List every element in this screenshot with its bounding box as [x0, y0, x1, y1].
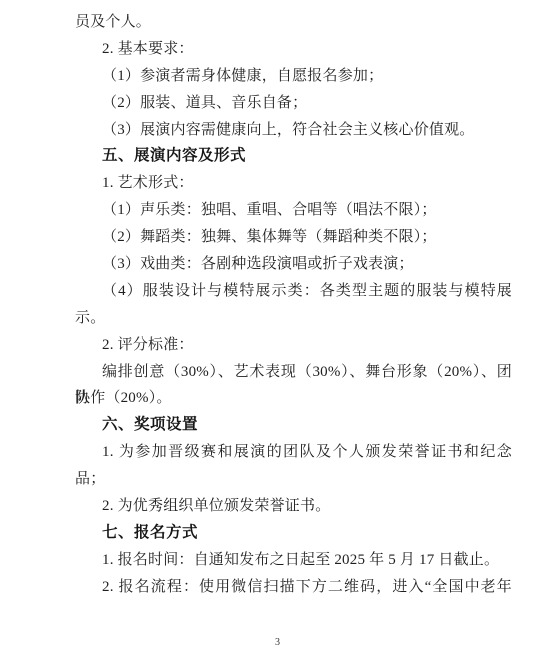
heading-section-6: 六、奖项设置 — [75, 412, 512, 439]
doc-line: 1. 报名时间：自通知发布之日起至 2025 年 5 月 17 日截止。 — [75, 547, 512, 574]
heading-section-5: 五、展演内容及形式 — [75, 143, 512, 170]
doc-line: 品； — [75, 466, 512, 493]
doc-line: 1. 为参加晋级赛和展演的团队及个人颁发荣誉证书和纪念 — [75, 439, 512, 466]
doc-line: （2）舞蹈类：独舞、集体舞等（舞蹈种类不限）； — [75, 224, 512, 251]
doc-line: 2. 报名流程：使用微信扫描下方二维码，进入“全国中老年 — [75, 574, 512, 601]
doc-line: （1）参演者需身体健康，自愿报名参加； — [75, 63, 512, 90]
doc-line: 员及个人。 — [75, 9, 512, 36]
doc-line: 2. 基本要求： — [75, 36, 512, 63]
doc-line: （3）展演内容需健康向上，符合社会主义核心价值观。 — [75, 117, 512, 144]
document-page: 员及个人。 2. 基本要求： （1）参演者需身体健康，自愿报名参加； （2）服装… — [0, 0, 555, 663]
doc-line: （2）服装、道具、音乐自备； — [75, 90, 512, 117]
document-content: 员及个人。 2. 基本要求： （1）参演者需身体健康，自愿报名参加； （2）服装… — [75, 9, 512, 601]
doc-line: 协作（20%）。 — [75, 385, 512, 412]
doc-line: （4）服装设计与模特展示类：各类型主题的服装与模特展 — [75, 278, 512, 305]
doc-line: 2. 为优秀组织单位颁发荣誉证书。 — [75, 493, 512, 520]
doc-line: 编排创意（30%）、艺术表现（30%）、舞台形象（20%）、团队 — [75, 359, 512, 386]
doc-line: 1. 艺术形式： — [75, 170, 512, 197]
doc-line: （3）戏曲类：各剧种选段演唱或折子戏表演； — [75, 251, 512, 278]
heading-section-7: 七、报名方式 — [75, 520, 512, 547]
doc-line: 示。 — [75, 305, 512, 332]
doc-line: 2. 评分标准： — [75, 332, 512, 359]
page-number: 3 — [0, 637, 555, 648]
doc-line: （1）声乐类：独唱、重唱、合唱等（唱法不限）； — [75, 197, 512, 224]
